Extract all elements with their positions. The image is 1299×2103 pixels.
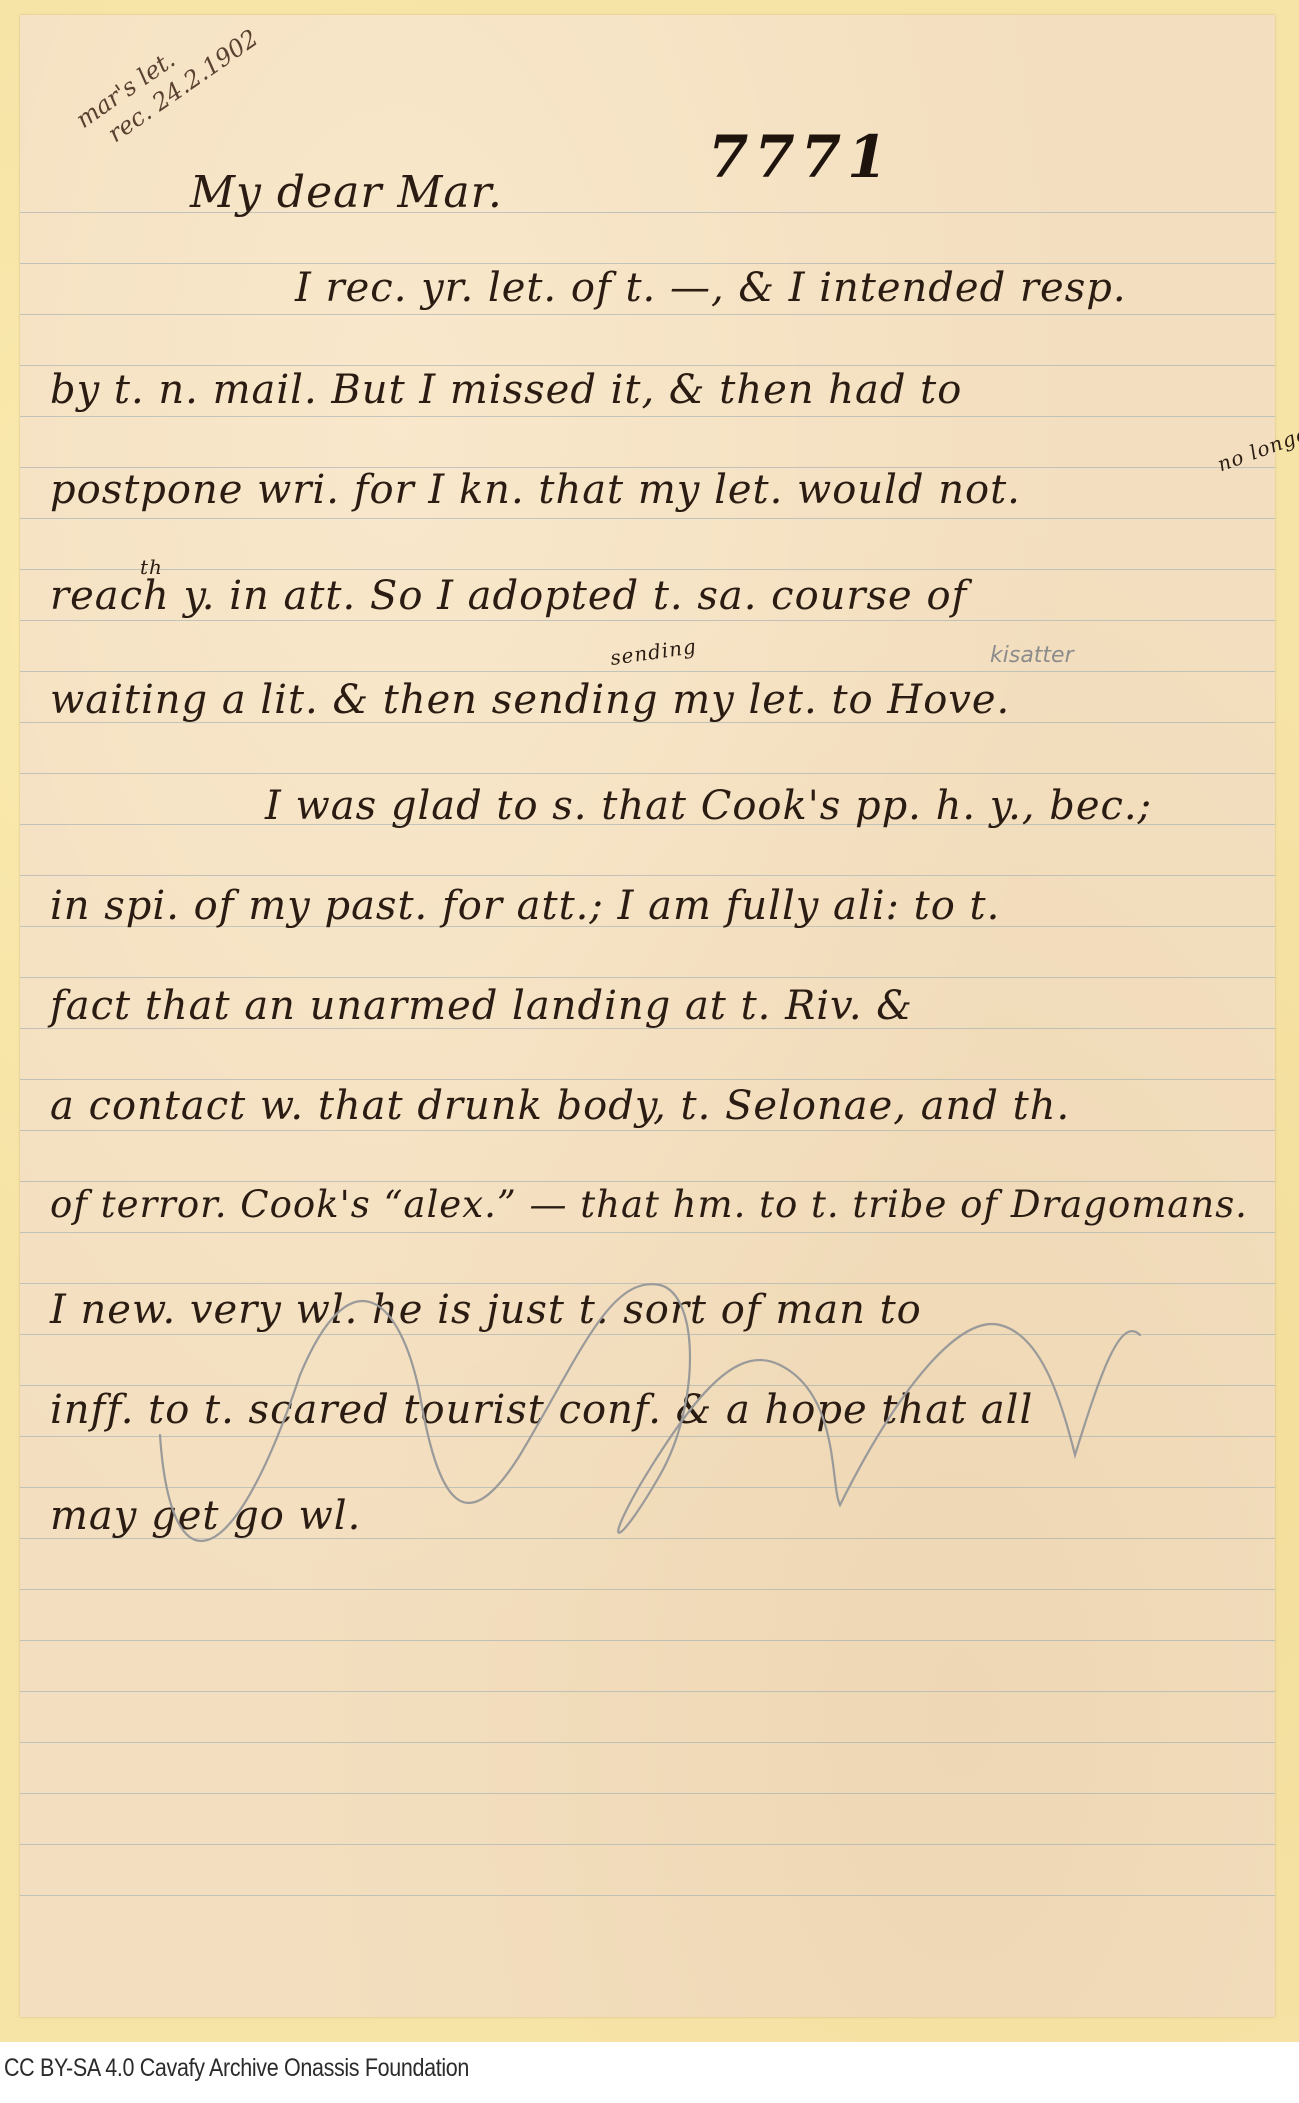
ruled-line (20, 263, 1275, 264)
ruled-line (20, 1232, 1275, 1233)
ruled-line (20, 1079, 1275, 1080)
ruled-line (20, 620, 1275, 621)
ruled-line (20, 671, 1275, 672)
marginal-note: mar's let. rec. 24.2.1902 (70, 0, 264, 159)
pencil-squiggle-mark (140, 1255, 1290, 1595)
ruled-line (20, 1130, 1275, 1131)
letter-line-9: a contact w. that drunk body, t. Selonae… (50, 1083, 1070, 1129)
ruled-line (20, 1895, 1275, 1896)
ruled-line (20, 365, 1275, 366)
header-mark: 7771 (708, 123, 893, 191)
ruled-line (20, 569, 1275, 570)
ruled-line (20, 1691, 1275, 1692)
ruled-line (20, 1793, 1275, 1794)
letter-line-3: postpone wri. for I kn. that my let. wou… (50, 467, 1021, 513)
pencil-annotation: kisatter (990, 643, 1074, 668)
ruled-line (20, 518, 1275, 519)
ruled-line (20, 1742, 1275, 1743)
ruled-line (20, 314, 1275, 315)
letter-line-1: I rec. yr. let. of t. —, & I intended re… (295, 265, 1127, 311)
ruled-line (20, 773, 1275, 774)
letter-page: mar's let. rec. 24.2.1902 7771 My dear M… (20, 15, 1275, 2017)
letter-line-8: fact that an unarmed landing at t. Riv. … (50, 983, 913, 1029)
letter-line-6: I was glad to s. that Cook's pp. h. y., … (265, 783, 1152, 829)
letter-line-10: of terror. Cook's “alex.” — that hm. to … (50, 1183, 1248, 1226)
letter-line-2: by t. n. mail. But I missed it, & then h… (50, 367, 962, 413)
letter-line-4: reach y. in att. So I adopted t. sa. cou… (50, 573, 967, 619)
license-caption: CC BY-SA 4.0 Cavafy Archive Onassis Foun… (4, 2054, 469, 2083)
ruled-line (20, 875, 1275, 876)
letter-line-5: waiting a lit. & then sending my let. to… (50, 677, 1010, 723)
ruled-line (20, 1640, 1275, 1641)
ruled-line (20, 977, 1275, 978)
salutation: My dear Mar. (190, 167, 503, 218)
interlinear-sending: sending (609, 634, 698, 670)
ruled-line (20, 416, 1275, 417)
ruled-line (20, 1844, 1275, 1845)
letter-line-7: in spi. of my past. for att.; I am fully… (50, 883, 1000, 929)
ruled-line (20, 1181, 1275, 1182)
